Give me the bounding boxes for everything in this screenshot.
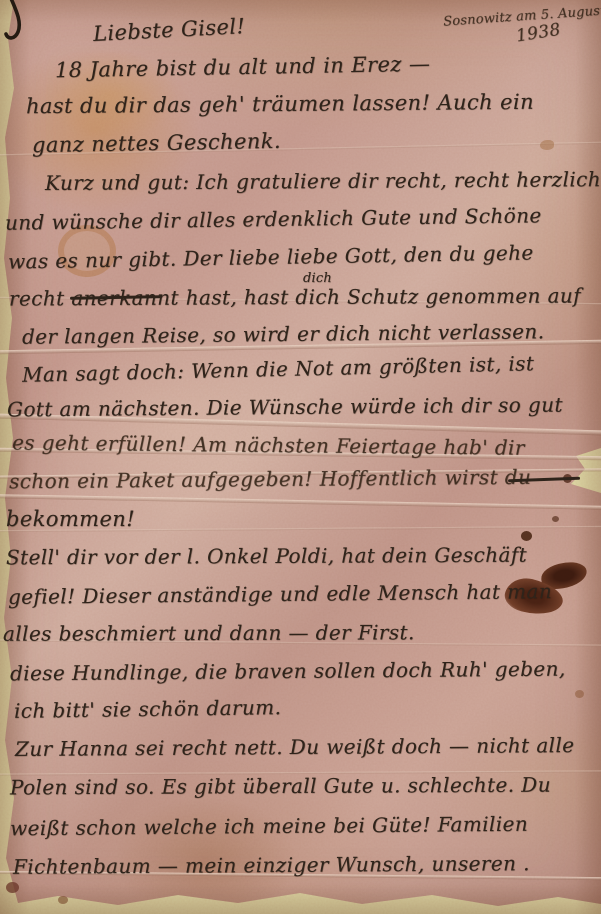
handwriting-line-16: alles beschmiert und dann — der First.	[3, 622, 415, 643]
handwriting-line-11: es geht erfüllen! Am nächsten Feiertage …	[12, 432, 525, 457]
handwriting-line-21: weißt schon welche ich meine bei Güte! F…	[10, 814, 528, 839]
pen-flourish-mark	[0, 0, 40, 52]
handwriting-line-13: bekommen!	[6, 509, 135, 530]
scanned-letter: Sosnowitz am 5. August 1938 Liebste Gise…	[0, 0, 601, 914]
handwriting-line-10: Gott am nächsten. Die Wünsche würde ich …	[7, 395, 563, 420]
handwriting-line-19: Zur Hanna sei recht nett. Du weißt doch …	[15, 735, 575, 759]
handwriting-line-2: hast du dir das geh' träumen lassen! Auc…	[26, 92, 534, 117]
handwriting-line-8: der langen Reise, so wird er dich nicht …	[22, 321, 545, 346]
handwriting-line-4: Kurz und gut: Ich gratuliere dir recht, …	[45, 169, 601, 193]
handwriting-line-3: ganz nettes Geschenk.	[32, 131, 281, 156]
handwriting-line-14: Stell' dir vor der l. Onkel Poldi, hat d…	[6, 545, 527, 568]
handwriting-line-7: recht anerkannt hast, hast dich Schutz g…	[9, 286, 581, 309]
handwriting-line-20: Polen sind so. Es gibt überall Gute u. s…	[10, 775, 551, 798]
handwriting-line-12: schon ein Paket aufgegeben! Hoffentlich …	[9, 467, 531, 492]
handwriting-line-22: Fichtenbaum — mein einziger Wunsch, unse…	[13, 853, 530, 877]
handwriting-line-15: gefiel! Dieser anständige und edle Mensc…	[8, 581, 552, 607]
handwriting-insert-word: dich	[303, 272, 332, 285]
handwriting-line-18: ich bitt' sie schön darum.	[14, 697, 282, 721]
handwriting-line-17: diese Hundlinge, die braven sollen doch …	[10, 659, 566, 684]
